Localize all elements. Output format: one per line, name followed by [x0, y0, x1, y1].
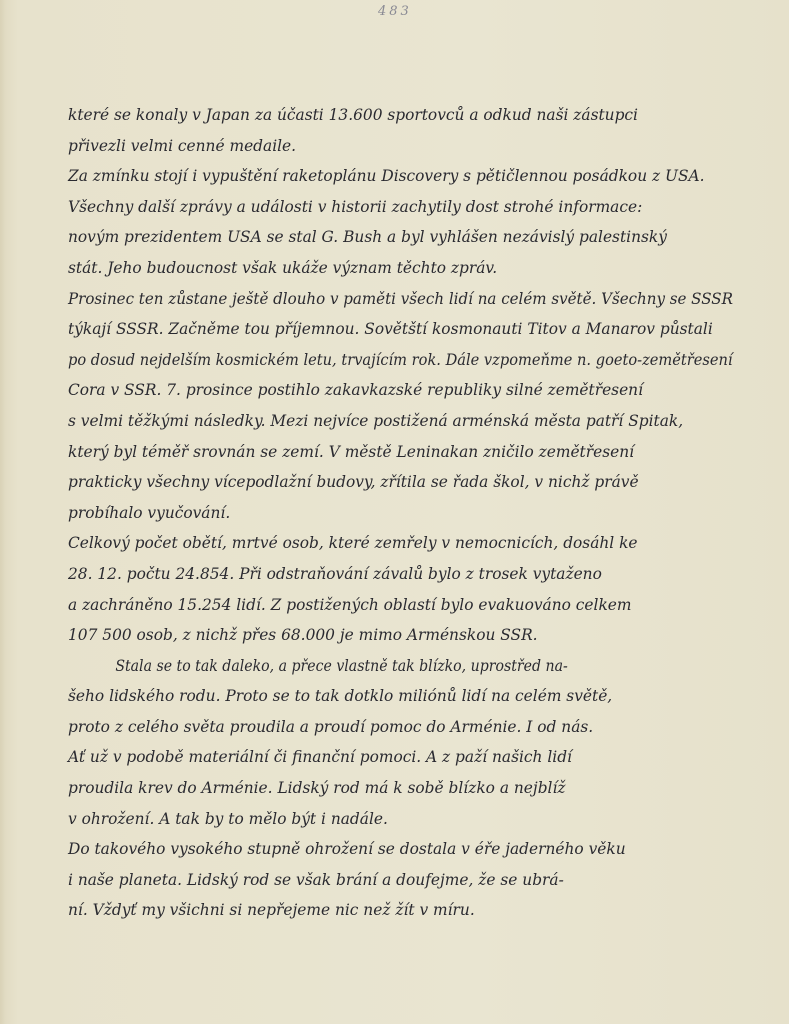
- text-line: Cora v SSR. 7. prosince postihlo zakavka…: [68, 375, 733, 406]
- handwritten-text-block: které se konaly v Japan za účasti 13.600…: [68, 100, 738, 926]
- text-line-indented: Stala se to tak daleko, a přece vlastně …: [68, 651, 678, 682]
- text-line: probíhalo vyučování.: [68, 498, 733, 529]
- text-line: týkají SSSR. Začněme tou příjemnou. Sově…: [68, 314, 733, 345]
- text-line: a zachráněno 15.254 lidí. Z postižených …: [68, 590, 733, 621]
- text-line: Do takového vysokého stupně ohrožení se …: [68, 834, 733, 865]
- text-line: po dosud nejdelším kosmickém letu, trvaj…: [68, 345, 699, 376]
- text-line: šeho lidského rodu. Proto se to tak dotk…: [68, 681, 733, 712]
- text-line: 28. 12. počtu 24.854. Při odstraňování z…: [68, 559, 733, 590]
- text-line: proto z celého světa proudila a proudí p…: [68, 712, 733, 743]
- text-line: přivezli velmi cenné medaile.: [68, 131, 733, 162]
- text-line: Prosinec ten zůstane ještě dlouho v pamě…: [68, 284, 719, 315]
- text-line: Celkový počet obětí, mrtvé osob, které z…: [68, 528, 733, 559]
- text-line: i naše planeta. Lidský rod se však brání…: [68, 865, 733, 896]
- text-line: Ať už v podobě materiální či finanční po…: [68, 742, 733, 773]
- text-line: stát. Jeho budoucnost však ukáže význam …: [68, 253, 733, 284]
- text-line: prakticky všechny vícepodlažní budovy, z…: [68, 467, 733, 498]
- text-line: Za zmínku stojí i vypuštění raketoplánu …: [68, 161, 733, 192]
- text-line: v ohrožení. A tak by to mělo být i nadál…: [68, 804, 733, 835]
- text-line: který byl téměř srovnán se zemí. V městě…: [68, 437, 733, 468]
- text-line: s velmi těžkými následky. Mezi nejvíce p…: [68, 406, 733, 437]
- chronicle-page: 483 které se konaly v Japan za účasti 13…: [0, 0, 789, 1024]
- page-number: 483: [378, 4, 412, 19]
- text-line: Všechny další zprávy a události v histor…: [68, 192, 733, 223]
- text-line: proudila krev do Arménie. Lidský rod má …: [68, 773, 733, 804]
- text-line: novým prezidentem USA se stal G. Bush a …: [68, 222, 733, 253]
- text-line: které se konaly v Japan za účasti 13.600…: [68, 100, 733, 131]
- text-line: ní. Vždyť my všichni si nepřejeme nic ne…: [68, 895, 733, 926]
- text-line: 107 500 osob, z nichž přes 68.000 je mim…: [68, 620, 733, 651]
